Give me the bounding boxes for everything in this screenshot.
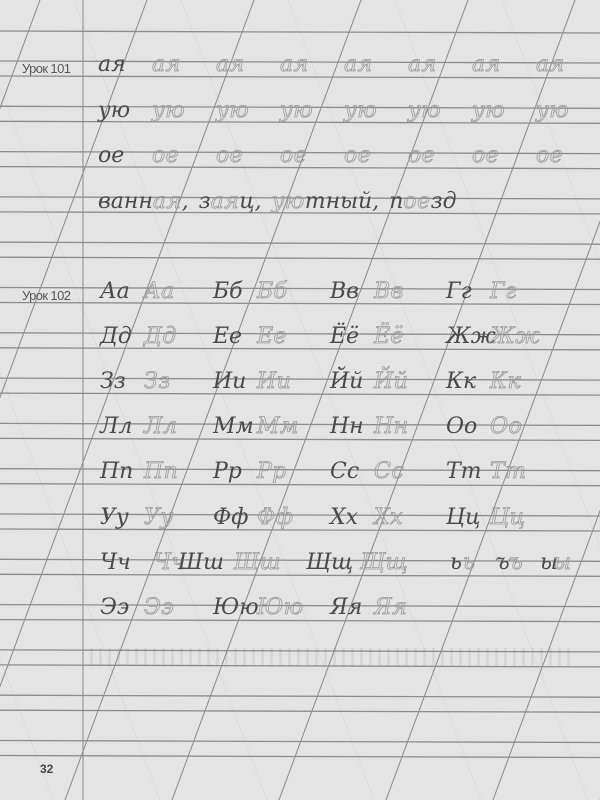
trace-letter-pair: ь <box>463 552 475 574</box>
model-letter-pair: Ее <box>213 326 242 348</box>
trace-letters: ая <box>216 54 245 76</box>
trace-letter-pair: Щщ <box>360 552 408 574</box>
trace-letter-pair: Бб <box>257 281 288 303</box>
model-letter-pair: Аа <box>100 281 130 303</box>
trace-letters: ую <box>344 100 377 122</box>
trace-letter-pair: Гг <box>490 281 517 303</box>
ruled-line <box>0 710 600 712</box>
trace-letters: ую <box>472 100 505 122</box>
trace-letter-pair: Сс <box>374 461 404 483</box>
word-solid-part: зд <box>431 191 457 213</box>
ruled-line <box>0 257 600 259</box>
trace-letter-pair: Ее <box>257 326 287 348</box>
model-letter-pair: Мм <box>213 416 254 438</box>
model-letter-pair: Бб <box>213 281 243 303</box>
trace-letter-pair: Зз <box>144 371 171 393</box>
trace-letters: ое <box>536 145 563 167</box>
trace-letter-pair: Кк <box>490 371 521 393</box>
model-letter-pair: Щщ <box>306 552 353 574</box>
model-letter-pair: Гг <box>446 281 472 303</box>
model-letter-pair: Хх <box>330 507 358 529</box>
model-letter-pair: Ёё <box>330 326 359 348</box>
bleed-through-smudge <box>90 648 570 666</box>
trace-letters: ую <box>152 100 185 122</box>
word-solid-part: , <box>182 191 189 213</box>
model-letter-pair: Тт <box>446 461 482 483</box>
trace-letters: ая <box>472 54 501 76</box>
model-letter-pair: Рр <box>213 461 242 483</box>
trace-letter-pair: Фф <box>257 507 293 529</box>
ruled-line <box>0 242 600 244</box>
trace-letters: ая <box>344 54 373 76</box>
trace-letters: ое <box>216 145 243 167</box>
page-number: 32 <box>40 762 53 776</box>
trace-letters: ая <box>152 54 181 76</box>
word-solid-part: з <box>199 191 211 213</box>
faint-guide-line <box>0 0 53 800</box>
ruled-line <box>0 695 600 697</box>
trace-letters: ую <box>536 100 569 122</box>
model-letter-pair: Чч <box>100 552 131 574</box>
trace-letter-pair: Яя <box>374 597 407 619</box>
model-letter-pair: Йй <box>330 371 363 393</box>
trace-letter-pair: ы <box>553 552 571 574</box>
trace-letter-pair: Рр <box>257 461 287 483</box>
trace-letter-pair: Мм <box>257 416 299 438</box>
trace-letter-pair: Вв <box>374 281 404 303</box>
ruled-line <box>0 484 600 486</box>
trace-letters: ая <box>536 54 565 76</box>
model-letter-pair: Вв <box>330 281 359 303</box>
model-letter-pair: Сс <box>330 461 359 483</box>
model-letter-pair: Нн <box>330 416 364 438</box>
model-letters: ое <box>98 145 124 167</box>
word-solid-part: тный, <box>305 191 379 213</box>
slant-line <box>0 0 40 800</box>
model-letter-pair: Уу <box>100 507 129 529</box>
model-letters: ая <box>98 54 126 76</box>
word-solid-part: п <box>389 191 403 213</box>
model-letter-pair: Жж <box>446 326 496 348</box>
model-letter-pair: Цц <box>446 507 481 529</box>
faint-guide-line <box>0 0 160 800</box>
trace-letters: ое <box>408 145 435 167</box>
trace-letter-pair: Ии <box>257 371 291 393</box>
trace-letters: ую <box>280 100 313 122</box>
model-letter-pair: Пп <box>100 461 133 483</box>
trace-letters: ую <box>216 100 249 122</box>
trace-letters: ая <box>280 54 309 76</box>
model-letters: ую <box>98 100 130 122</box>
word-trace-part: ое <box>403 191 430 213</box>
lesson-101-label: Урок 101 <box>22 61 70 76</box>
word-trace-part: ую <box>272 191 305 213</box>
word-solid-part: ц, <box>239 191 261 213</box>
trace-letter-pair: Цц <box>490 507 526 529</box>
worksheet-page: Урок 101 аяаяаяаяаяаяаяаяуюуюуюуюуюуюуюу… <box>0 0 600 800</box>
trace-letter-pair: Нн <box>374 416 409 438</box>
trace-letter-pair: Йй <box>374 371 408 393</box>
trace-letter-pair: Хх <box>374 507 403 529</box>
trace-letter-pair: Пп <box>144 461 178 483</box>
trace-letter-pair: Дд <box>144 326 177 348</box>
trace-letter-pair: Юю <box>257 597 304 619</box>
model-letter-pair: Оо <box>446 416 477 438</box>
model-letter-pair: Фф <box>213 507 248 529</box>
lesson-102-label: Урок 102 <box>22 288 70 303</box>
model-letter-pair: Дд <box>100 326 132 348</box>
trace-letter-pair: Шш <box>234 552 281 574</box>
trace-letters: ая <box>408 54 437 76</box>
word-solid-part: ванн <box>98 191 153 213</box>
model-letter-pair: Юю <box>213 597 259 619</box>
model-letter-pair: Ии <box>213 371 246 393</box>
trace-letters: ую <box>408 100 441 122</box>
model-letter-pair: Зз <box>100 371 126 393</box>
trace-letter-pair: Аа <box>144 281 175 303</box>
trace-letter-pair: ъ <box>508 552 523 574</box>
model-letter-pair: Яя <box>330 597 362 619</box>
trace-letter-pair: Ёё <box>374 326 404 348</box>
trace-letter-pair: Жж <box>490 326 541 348</box>
ruled-line <box>0 756 600 758</box>
trace-letter-pair: Лл <box>144 416 177 438</box>
trace-letters: ое <box>472 145 499 167</box>
trace-letter-pair: Ээ <box>144 597 174 619</box>
trace-letters: ое <box>152 145 179 167</box>
model-letter-pair: Шш <box>178 552 224 574</box>
trace-letters: ое <box>344 145 371 167</box>
trace-letter-pair: Тт <box>490 461 527 483</box>
trace-letter-pair: Уу <box>144 507 174 529</box>
word-trace-part: ая <box>211 191 240 213</box>
model-letter-pair: Лл <box>100 416 132 438</box>
word-trace-part: ая <box>153 191 182 213</box>
trace-letter-pair: Оо <box>490 416 522 438</box>
trace-letters: ое <box>280 145 307 167</box>
model-letter-pair: Кк <box>446 371 476 393</box>
model-letter-pair: Ээ <box>100 597 129 619</box>
model-letter-pair: ь <box>450 552 462 574</box>
